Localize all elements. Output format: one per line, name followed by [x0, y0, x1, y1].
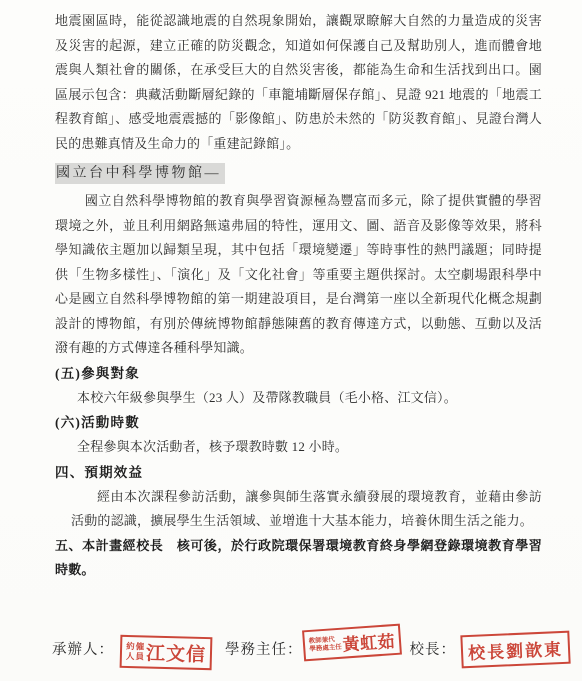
signature-row: 承辦人： 約僱 人員 江文信 學務主任： 教師兼代 學務處主任 黃虹茹 校長： …: [52, 625, 558, 671]
undertaker-name-stamp: 約僱 人員 江文信: [120, 635, 213, 670]
section-expected-benefits-heading: 四、預期效益: [55, 460, 542, 485]
director-label: 學務主任：: [225, 638, 303, 659]
principal-name-stamp: 校長劉歆東: [460, 630, 570, 668]
section-approval-statement: 五、本計畫經校長 核可後，於行政院環保署環境教育終身學網登錄環境教育學習時數。: [55, 534, 542, 583]
paragraph-museum-intro: 國立自然科學博物館的教育與學習資源極為豐富而多元，除了提供實體的學習環境之外，並…: [55, 189, 542, 361]
scanned-document-page: 地震園區時，能從認識地震的自然現象開始，讓觀眾瞭解大自然的力量造成的災害及災害的…: [0, 0, 582, 681]
principal-stamp-name: 校長劉歆東: [468, 634, 564, 663]
undertaker-stamp-title: 約僱 人員: [126, 642, 146, 661]
undertaker-stamp-name: 江文信: [146, 638, 207, 667]
subsection-activity-hours: (六)活動時數 全程參與本次活動者，核予環教時數 12 小時。: [55, 410, 542, 460]
subsection-activity-hours-heading: (六)活動時數: [55, 410, 542, 435]
document-content: 地震園區時，能從認識地震的自然現象開始，讓觀眾瞭解大自然的力量造成的災害及災害的…: [0, 0, 582, 583]
director-stamp-name: 黃虹茹: [341, 627, 395, 656]
section-expected-benefits: 四、預期效益 經由本次課程參訪活動，讓參與師生落實永續發展的環境教育，並藉由參訪…: [55, 460, 542, 534]
director-name-stamp: 教師兼代 學務處主任 黃虹茹: [302, 623, 402, 661]
subsection-activity-hours-body: 全程參與本次活動者，核予環教時數 12 小時。: [55, 435, 542, 460]
museum-heading-row: 國立台中科學博物館—: [55, 160, 542, 186]
undertaker-label: 承辦人：: [52, 638, 114, 659]
subsection-participants: (五)參與對象 本校六年級參與學生（23 人）及帶隊教職員（毛小格、江文信）。: [55, 361, 542, 411]
section-expected-benefits-body: 經由本次課程參訪活動，讓參與師生落實永續發展的環境教育，並藉由參訪活動的認識，擴…: [55, 485, 542, 534]
paragraph-earthquake-park: 地震園區時，能從認識地震的自然現象開始，讓觀眾瞭解大自然的力量造成的災害及災害的…: [55, 9, 542, 156]
director-stamp-title: 教師兼代 學務處主任: [308, 635, 341, 652]
principal-label: 校長：: [410, 638, 457, 659]
museum-heading-highlight: 國立台中科學博物館—: [55, 163, 225, 184]
subsection-participants-heading: (五)參與對象: [55, 361, 542, 386]
stamp-title-line: 學務處主任: [309, 643, 342, 653]
stamp-title-line: 人員: [126, 651, 145, 661]
subsection-participants-body: 本校六年級參與學生（23 人）及帶隊教職員（毛小格、江文信）。: [55, 386, 542, 411]
